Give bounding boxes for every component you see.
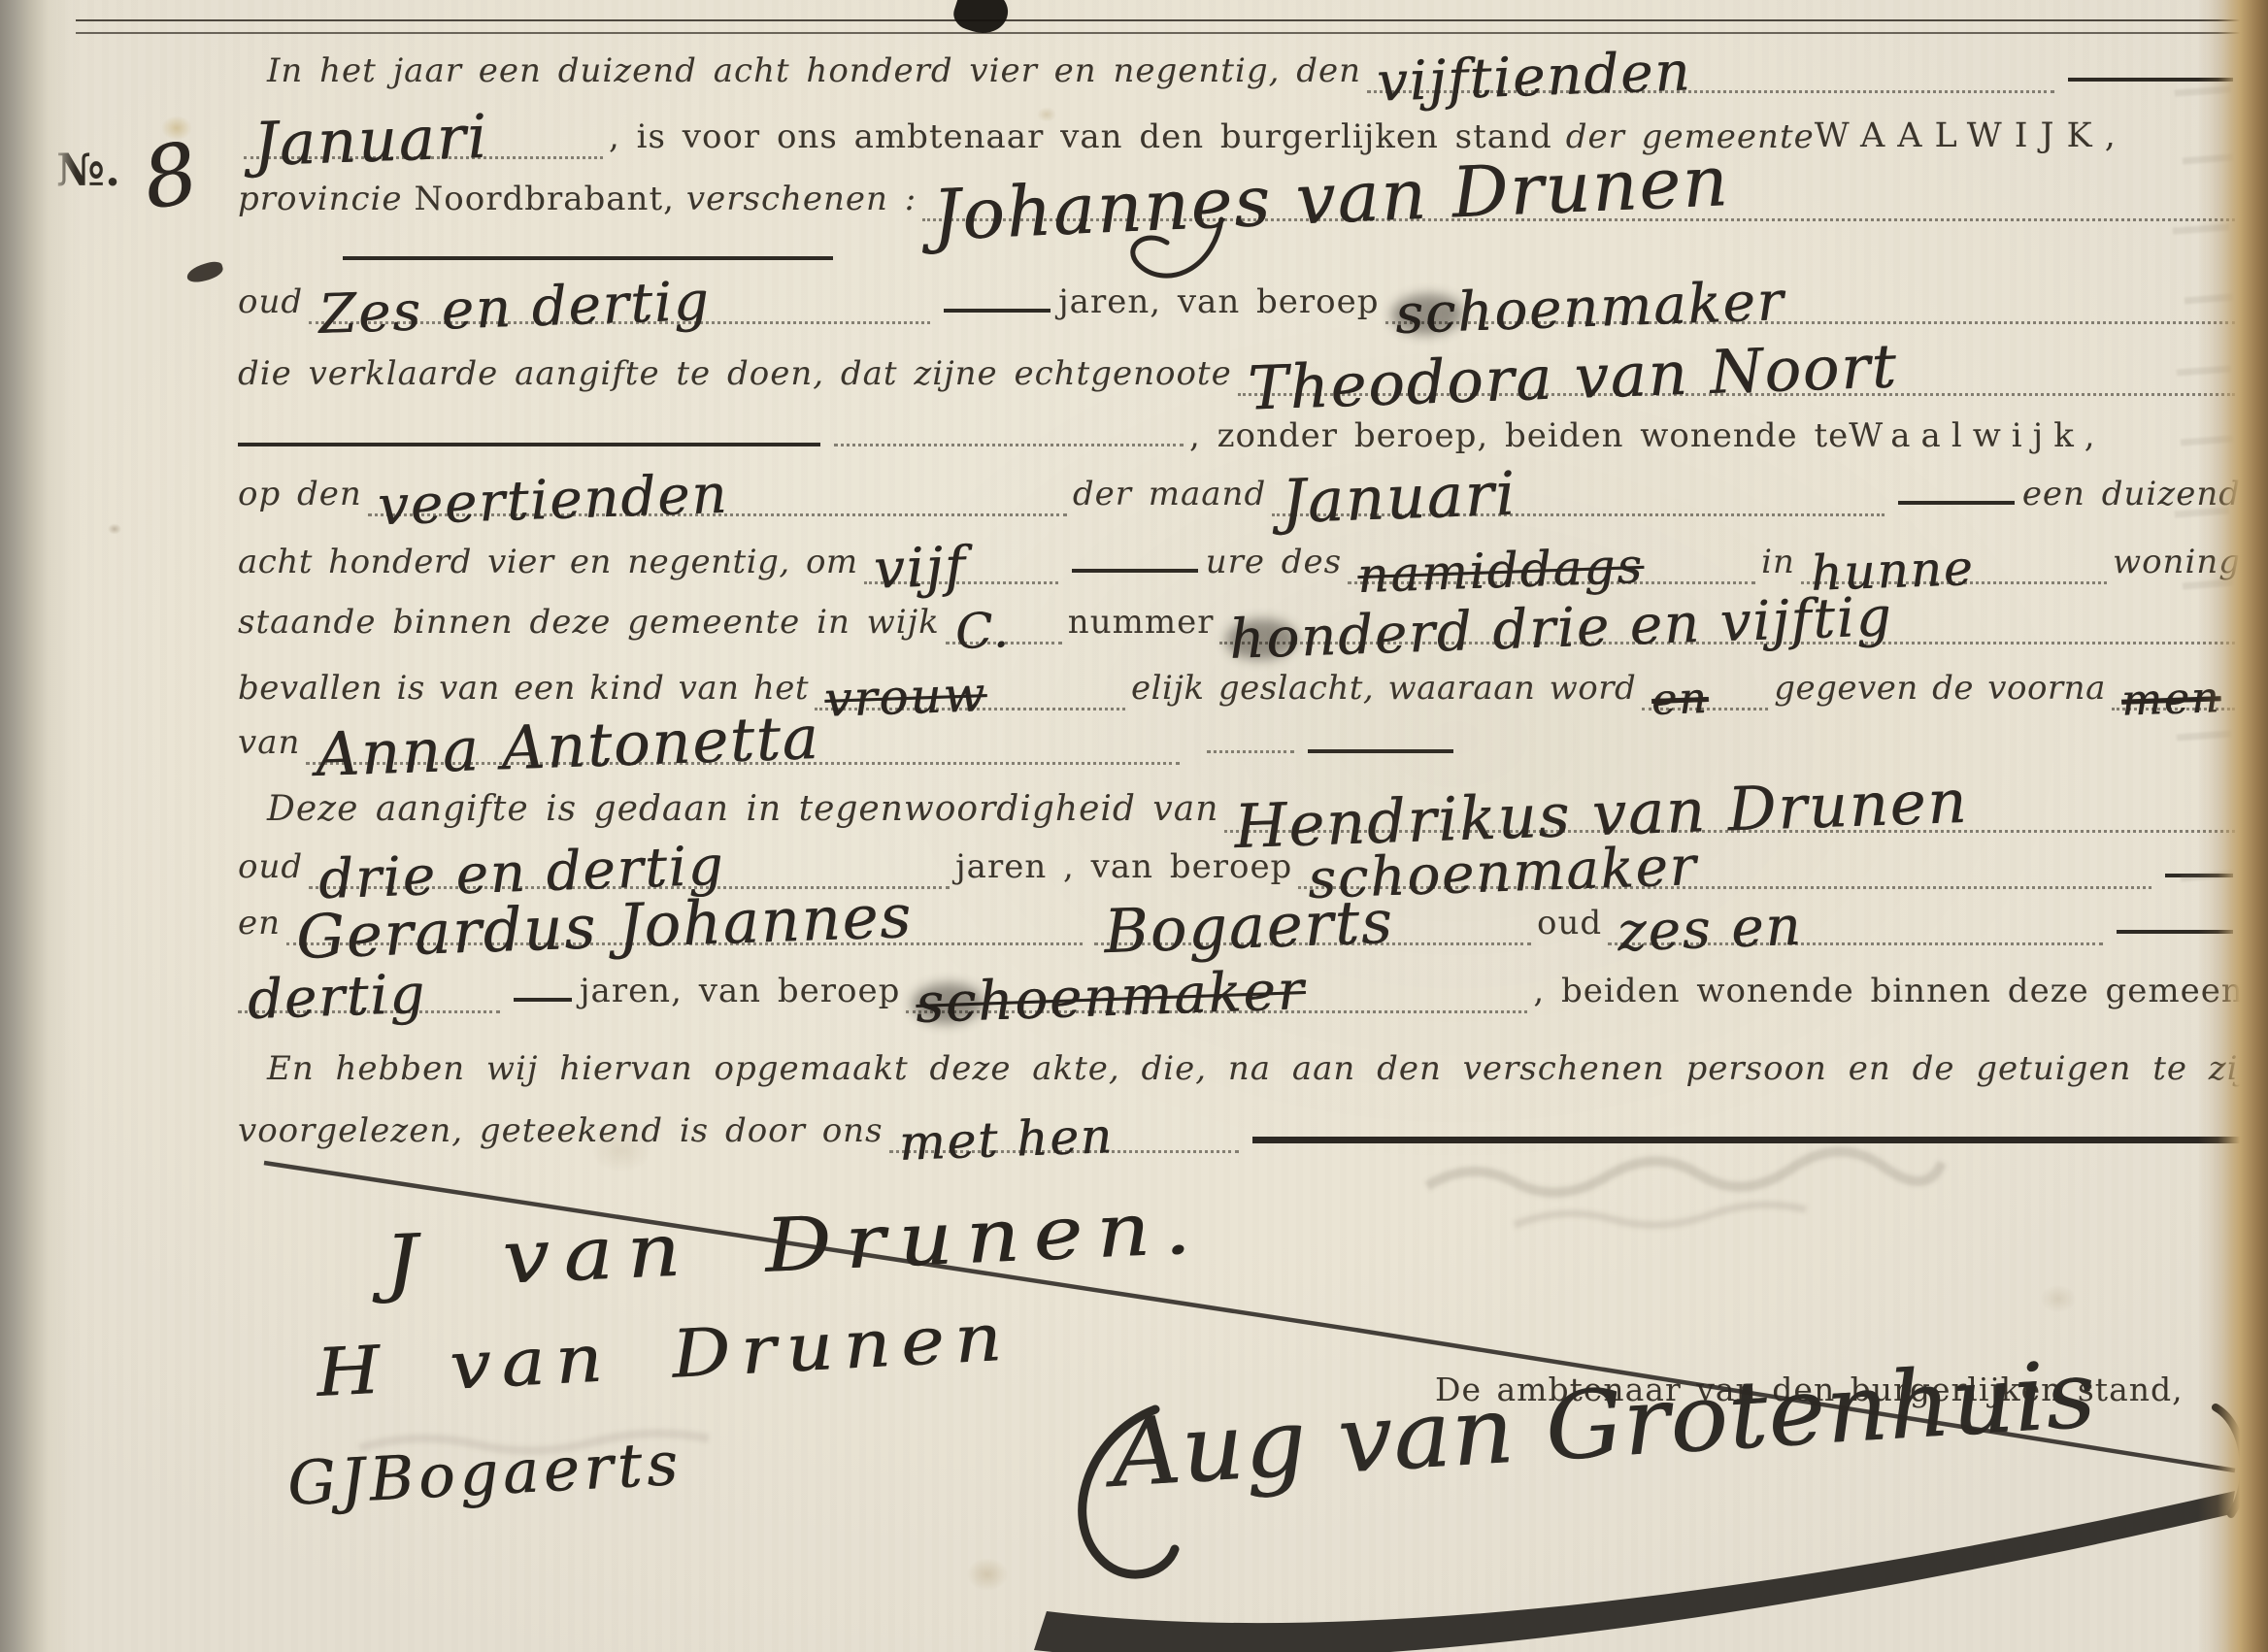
printed-nummer-label: nummer [1068,606,1215,644]
line-witness2-age-occupation: dertig jaren, van beroep schoenmaker , b… [238,963,2241,1013]
field-witness2-age-b: dertig [238,974,500,1013]
line-year-date: In het jaar een duizend acht honderd vie… [238,43,2241,93]
hw-spouse-name: Theodora van Noort [1247,340,1898,416]
signature-declarant: J van Drunen. [383,1183,1206,1305]
printed-year-text: In het jaar een duizend acht honderd vie… [238,54,1361,93]
signature-swoosh-hook [2216,1407,2244,1514]
field-gender: vrouw [815,676,1125,710]
printed-closing-text-a: En hebben wij hiervan opgemaakt deze akt… [238,1052,2268,1091]
ink-blot-top [950,0,1014,40]
hw-month: Januari [252,110,489,172]
line-spouse: die verklaarde aangifte te doen, dat zij… [238,346,2241,396]
act-number-value: 8 [138,140,202,215]
field-witness2-occupation: schoenmaker [906,974,1527,1013]
filler-dash [944,309,1051,313]
line-child-gender: bevallen is van een kind van het vrouw e… [238,660,2241,710]
hw-birth-day: veertienden [377,470,729,531]
line-residence: , zonder beroep, beiden wonende te Waalw… [238,408,2241,458]
field-month: Januari [244,114,603,159]
printed-van-label: van [238,726,300,765]
hw-witness2-age-a: zes en [1617,902,1803,957]
hw-witness2-firstnames: Gerardus Johannes [295,889,914,965]
line-birth-date: op den veertienden der maand Januari een… [238,466,2241,516]
field-signed-with: met hen [889,1118,1239,1153]
field-witness2-firstnames: Gerardus Johannes [286,900,1083,945]
printed-both-residing-text: , beiden wonende binnen deze gemeente. [1533,975,2268,1013]
hw-declarant-occupation: schoenmaker [1394,278,1785,340]
filler-dash [2068,78,2233,82]
hw-declarant-age: Zes en dertig [317,278,711,340]
field-declarant-age: Zes en dertig [309,284,930,324]
field-day-of-month: vijftienden [1367,53,2054,93]
line-closing-b: voorgelezen, geteekend is door ons met h… [238,1103,2241,1153]
line-declarant-age-occupation: oud Zes en dertig jaren, van beroep scho… [238,274,2241,324]
hw-day-of-month: vijftienden [1376,48,1692,108]
act-number: №. 8 [56,144,197,211]
line-province-declarant: provincie Noordbrabant, verschenen : Joh… [238,171,2241,221]
filler-dash [1898,501,2015,505]
line-witness1-age-occupation: oud drie en dertig jaren , van beroep sc… [238,839,2241,889]
line-witnesses-intro: Deze aangifte is gedaan in tegenwoordigh… [238,782,2241,833]
line-birth-time: acht honderd vier en negentig, om vijf u… [238,534,2241,584]
scan-gutter-edge [0,0,78,1652]
printed-province-name: Noordbrabant, [403,182,675,221]
field-child-names: Anna Antonetta [306,719,1180,765]
filler-dash [2165,874,2233,877]
printed-gender-suffix-text: elijk geslacht, waaraan word [1131,672,1636,710]
printed-province-label: provincie [238,182,403,221]
hw-signed-with: met hen [898,1114,1114,1166]
printed-occupation-label: jaren, van beroep [580,975,900,1013]
printed-woning: woning [2113,545,2241,584]
filler-rule-dotted [1207,750,1294,753]
printed-address-text: staande binnen deze gemeente in wijk [238,606,940,644]
printed-occupation-label: jaren, van beroep [1058,285,1379,324]
signature-registrar: Aug van Grotenhuis [1108,1339,2099,1508]
field-declarant-name: Johannes van Drunen [922,167,2235,221]
printed-witness-intro-text: Deze aangifte is gedaan in tegenwoordigh… [238,792,1218,833]
filler-rule-solid [343,256,833,260]
printed-oud-label: oud [238,285,303,324]
filler-dash [514,998,572,1002]
municipality-name: WAALWIJK, [1815,119,2128,159]
printed-op-den: op den [238,478,362,516]
filler-rule-solid [238,443,820,446]
printed-closing-text-b: voorgelezen, geteekend is door ons [238,1114,884,1153]
printed-residence-text: , zonder beroep, beiden wonende te [1189,419,1849,458]
line-child-names: van Anna Antonetta [238,714,2241,765]
signature-witness2: GJBogaerts [285,1428,684,1519]
field-birth-month: Januari [1272,471,1884,516]
printed-names-given-text: gegeven de voorna [1774,672,2106,710]
field-house-number: honderd drie en vijftig [1219,605,2235,644]
hw-witness2-age-b: dertig [247,970,427,1025]
filler-dash [1308,749,1453,753]
act-number-symbol: №. [56,144,120,196]
printed-een-duizend: een duizend [2022,478,2241,516]
printed-year-time-text: acht honderd vier en negentig, om [238,545,858,584]
line-address: staande binnen deze gemeente in wijk C. … [238,594,2241,644]
field-day-part: namiddags [1348,549,1755,584]
hw-birth-month: Januari [1281,467,1518,529]
residence-name: Waalwijk, [1849,419,2105,458]
field-witness2-age-a: zes en [1608,906,2103,945]
printed-oud-label: oud [238,850,303,889]
filler-dash [2117,930,2233,934]
hw-child-names: Anna Antonetta [316,710,821,782]
hw-house-number: honderd drie en vijftig [1229,593,1894,665]
field-birth-day: veertienden [368,477,1067,516]
filler-rule-dotted [834,444,1184,446]
field-birth-hour: vijf [864,545,1058,584]
hw-day-part: namiddags [1356,545,1644,598]
printed-occupation-label: jaren , van beroep [955,850,1292,889]
printed-in: in [1761,545,1795,584]
printed-der-maand: der maand [1073,478,1266,516]
field-witness1-occupation: schoenmaker [1298,849,2151,889]
line-blank-rule [238,221,2241,272]
field-declarant-occupation: schoenmaker [1385,284,2235,324]
hw-witness2-surname: Bogaerts [1103,895,1394,959]
field-district: C. [946,610,1062,644]
field-witness2-surname: Bogaerts [1094,900,1531,945]
field-whose-house: hunne [1801,549,2107,584]
civil-registry-birth-record: №. 8 In het jaar een duizend acht honder… [0,0,2268,1652]
filler-rule-thick [1252,1137,2268,1143]
hw-birth-hour: vijf [873,543,967,595]
field-spouse-name: Theodora van Noort [1238,350,2235,396]
double-rule [76,19,2247,34]
hw-district-letter: C. [954,609,1011,654]
printed-appeared-label: verschenen : [675,182,917,221]
hw-witness2-occupation: schoenmaker [916,967,1307,1029]
line-witness2: en Gerardus Johannes Bogaerts oud zes en [238,895,2241,945]
printed-en-label: en [238,907,281,945]
field-suffix-men: men [2112,680,2235,710]
printed-ure-des: ure des [1206,545,1342,584]
line-closing-a: En hebben wij hiervan opgemaakt deze akt… [238,1041,2241,1091]
printed-declaration-text: die verklaarde aangifte te doen, dat zij… [238,357,1232,396]
field-witness1-name: Hendrikus van Drunen [1224,787,2235,833]
printed-oud-label: oud [1537,907,1602,945]
signature-witness1: H van Drunen [315,1300,1014,1412]
line-month-official: Januari , is voor ons ambtenaar van den … [238,109,2241,159]
filler-dash [1072,569,1198,573]
field-suffix-en: en [1642,680,1768,710]
signature-swoosh [1034,1491,2235,1652]
ink-blot-margin [184,259,224,285]
